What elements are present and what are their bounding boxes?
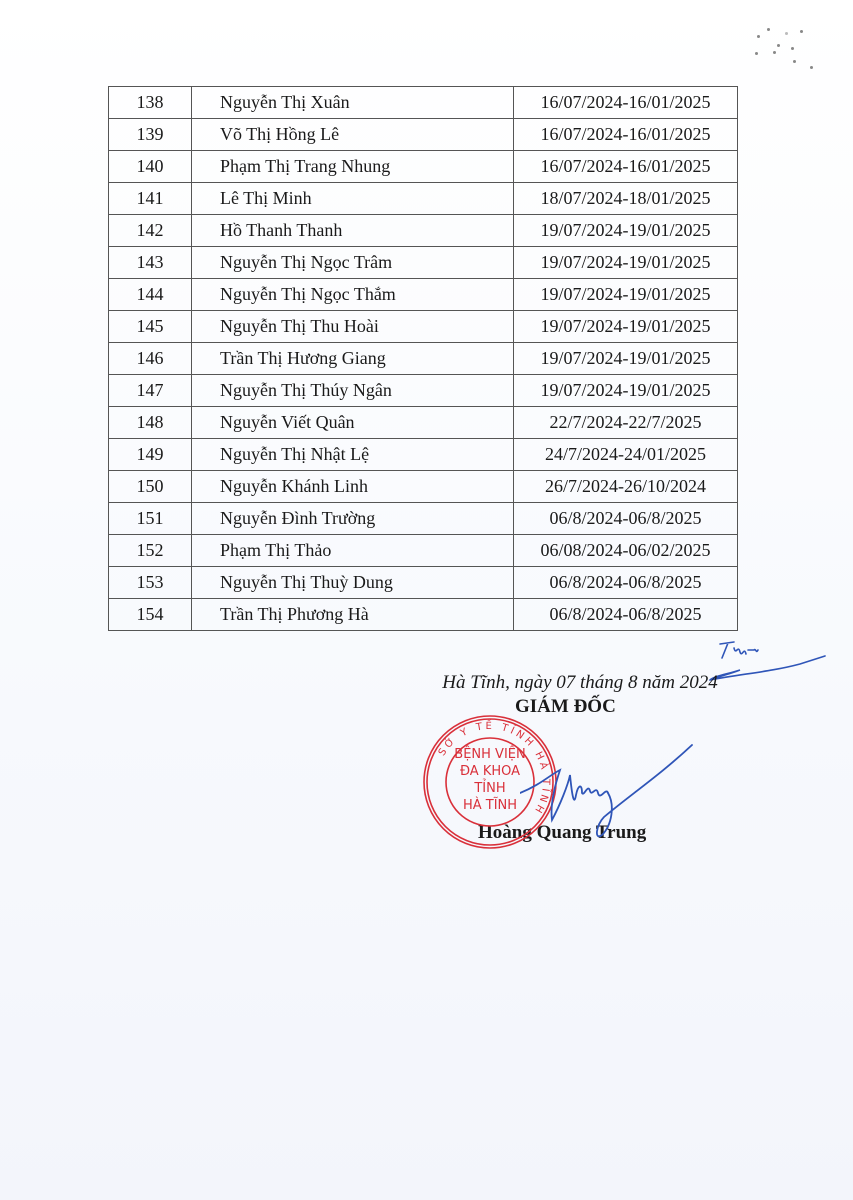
- employee-name-cell: Nguyễn Thị Xuân: [192, 87, 514, 119]
- table-row: 146Trần Thị Hương Giang19/07/2024-19/01/…: [109, 343, 738, 375]
- table-row: 138Nguyễn Thị Xuân16/07/2024-16/01/2025: [109, 87, 738, 119]
- table-row: 141Lê Thị Minh18/07/2024-18/01/2025: [109, 183, 738, 215]
- table-row: 144Nguyễn Thị Ngọc Thắm19/07/2024-19/01/…: [109, 279, 738, 311]
- row-number-cell: 138: [109, 87, 192, 119]
- table-row: 147Nguyễn Thị Thúy Ngân19/07/2024-19/01/…: [109, 375, 738, 407]
- row-number-cell: 152: [109, 535, 192, 567]
- row-number-cell: 140: [109, 151, 192, 183]
- contract-period-cell: 06/8/2024-06/8/2025: [514, 599, 738, 631]
- row-number-cell: 147: [109, 375, 192, 407]
- row-number-cell: 149: [109, 439, 192, 471]
- row-number-cell: 150: [109, 471, 192, 503]
- handwritten-signature: [520, 735, 700, 845]
- table-row: 150Nguyễn Khánh Linh26/7/2024-26/10/2024: [109, 471, 738, 503]
- employee-name-cell: Nguyễn Viết Quân: [192, 407, 514, 439]
- svg-text:ĐA KHOA: ĐA KHOA: [460, 764, 520, 779]
- contract-period-cell: 18/07/2024-18/01/2025: [514, 183, 738, 215]
- employee-name-cell: Nguyễn Thị Thuỳ Dung: [192, 567, 514, 599]
- row-number-cell: 151: [109, 503, 192, 535]
- row-number-cell: 143: [109, 247, 192, 279]
- svg-text:TỈNH: TỈNH: [473, 779, 505, 796]
- contract-period-cell: 26/7/2024-26/10/2024: [514, 471, 738, 503]
- contract-period-cell: 24/7/2024-24/01/2025: [514, 439, 738, 471]
- contract-period-cell: 16/07/2024-16/01/2025: [514, 151, 738, 183]
- contract-period-cell: 19/07/2024-19/01/2025: [514, 247, 738, 279]
- staff-contract-table: 138Nguyễn Thị Xuân16/07/2024-16/01/20251…: [108, 86, 738, 631]
- contract-period-cell: 22/7/2024-22/7/2025: [514, 407, 738, 439]
- table-row: 142Hồ Thanh Thanh19/07/2024-19/01/2025: [109, 215, 738, 247]
- svg-text:HÀ TĨNH: HÀ TĨNH: [463, 797, 517, 813]
- row-number-cell: 141: [109, 183, 192, 215]
- table-row: 153Nguyễn Thị Thuỳ Dung06/8/2024-06/8/20…: [109, 567, 738, 599]
- employee-name-cell: Phạm Thị Thảo: [192, 535, 514, 567]
- row-number-cell: 145: [109, 311, 192, 343]
- table-row: 151Nguyễn Đình Trường06/8/2024-06/8/2025: [109, 503, 738, 535]
- employee-name-cell: Phạm Thị Trang Nhung: [192, 151, 514, 183]
- contract-period-cell: 19/07/2024-19/01/2025: [514, 311, 738, 343]
- contract-period-cell: 16/07/2024-16/01/2025: [514, 119, 738, 151]
- employee-name-cell: Nguyễn Thị Ngọc Thắm: [192, 279, 514, 311]
- place-date-line: Hà Tĩnh, ngày 07 tháng 8 năm 2024: [415, 672, 745, 694]
- contract-period-cell: 19/07/2024-19/01/2025: [514, 343, 738, 375]
- table-row: 145Nguyễn Thị Thu Hoài19/07/2024-19/01/2…: [109, 311, 738, 343]
- employee-name-cell: Hồ Thanh Thanh: [192, 215, 514, 247]
- row-number-cell: 146: [109, 343, 192, 375]
- row-number-cell: 139: [109, 119, 192, 151]
- contract-period-cell: 19/07/2024-19/01/2025: [514, 215, 738, 247]
- contract-period-cell: 16/07/2024-16/01/2025: [514, 87, 738, 119]
- table-row: 143Nguyễn Thị Ngọc Trâm19/07/2024-19/01/…: [109, 247, 738, 279]
- employee-name-cell: Trần Thị Phương Hà: [192, 599, 514, 631]
- employee-name-cell: Trần Thị Hương Giang: [192, 343, 514, 375]
- employee-name-cell: Nguyễn Thị Thu Hoài: [192, 311, 514, 343]
- contract-period-cell: 06/8/2024-06/8/2025: [514, 503, 738, 535]
- contract-period-cell: 06/8/2024-06/8/2025: [514, 567, 738, 599]
- scan-noise-marks: [755, 20, 825, 75]
- table-row: 152Phạm Thị Thảo06/08/2024-06/02/2025: [109, 535, 738, 567]
- employee-name-cell: Nguyễn Thị Thúy Ngân: [192, 375, 514, 407]
- contract-period-cell: 19/07/2024-19/01/2025: [514, 375, 738, 407]
- employee-name-cell: Nguyễn Khánh Linh: [192, 471, 514, 503]
- employee-name-cell: Võ Thị Hồng Lê: [192, 119, 514, 151]
- row-number-cell: 154: [109, 599, 192, 631]
- employee-name-cell: Lê Thị Minh: [192, 183, 514, 215]
- row-number-cell: 153: [109, 567, 192, 599]
- employee-name-cell: Nguyễn Thị Nhật Lệ: [192, 439, 514, 471]
- row-number-cell: 142: [109, 215, 192, 247]
- table-row: 139Võ Thị Hồng Lê16/07/2024-16/01/2025: [109, 119, 738, 151]
- employee-name-cell: Nguyễn Thị Ngọc Trâm: [192, 247, 514, 279]
- table-row: 149Nguyễn Thị Nhật Lệ24/7/2024-24/01/202…: [109, 439, 738, 471]
- contract-period-cell: 06/08/2024-06/02/2025: [514, 535, 738, 567]
- contract-period-cell: 19/07/2024-19/01/2025: [514, 279, 738, 311]
- table-row: 148Nguyễn Viết Quân22/7/2024-22/7/2025: [109, 407, 738, 439]
- row-number-cell: 144: [109, 279, 192, 311]
- svg-text:BỆNH VIỆN: BỆNH VIỆN: [454, 746, 525, 762]
- table-row: 154Trần Thị Phương Hà06/8/2024-06/8/2025: [109, 599, 738, 631]
- employee-name-cell: Nguyễn Đình Trường: [192, 503, 514, 535]
- table-row: 140Phạm Thị Trang Nhung16/07/2024-16/01/…: [109, 151, 738, 183]
- row-number-cell: 148: [109, 407, 192, 439]
